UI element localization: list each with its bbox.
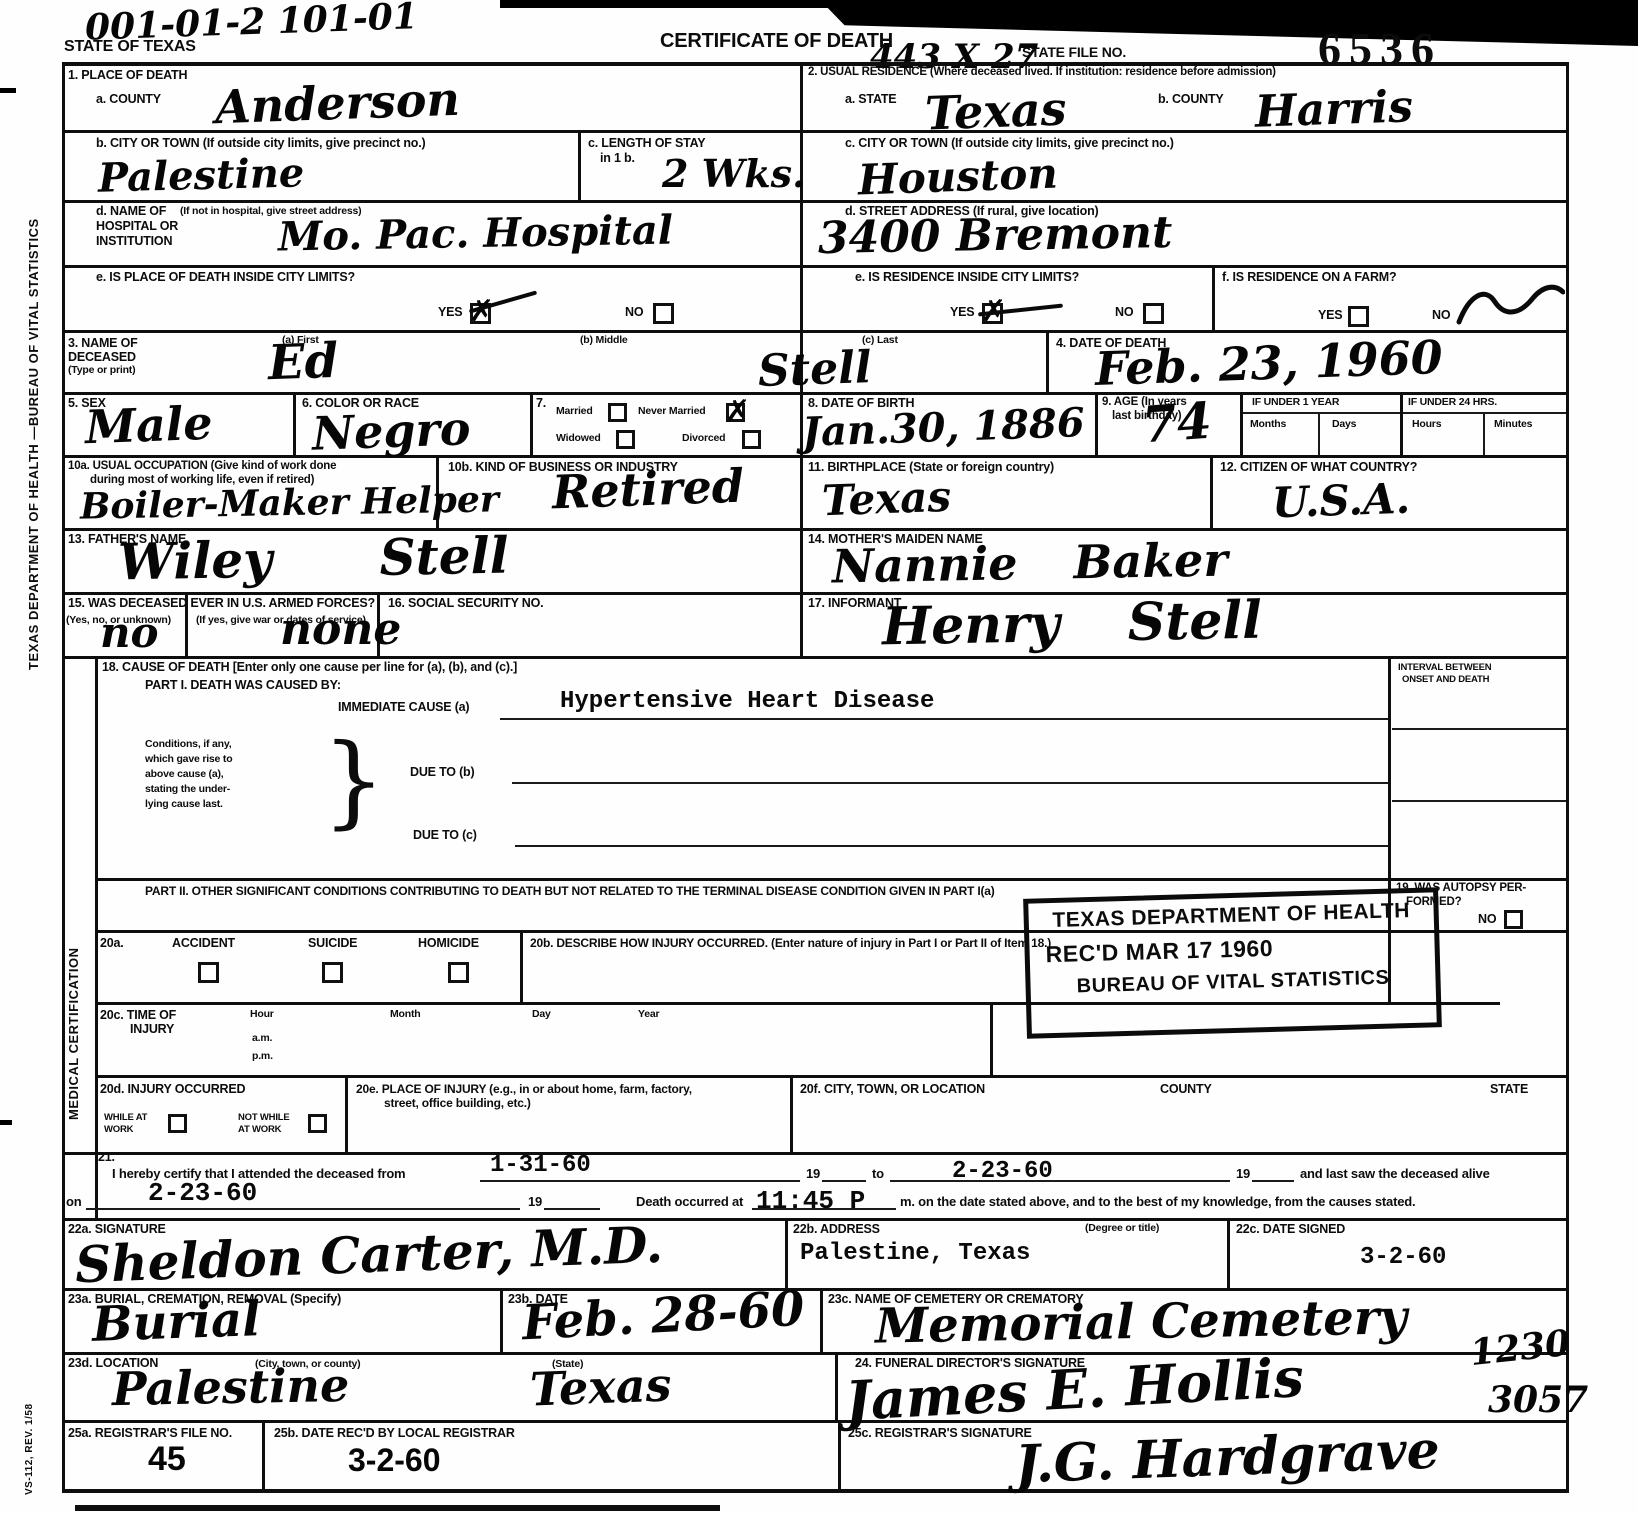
mothers-maiden-name-value: Nannie Baker — [832, 537, 1228, 590]
line — [1212, 265, 1215, 330]
sidebar-form-code: VS-112, REV. 1/58 — [24, 1380, 40, 1495]
married-label: Married — [556, 405, 593, 417]
minutes-label: Minutes — [1494, 418, 1532, 430]
city-value: Palestine — [98, 153, 305, 198]
line — [520, 930, 523, 1002]
line — [95, 656, 98, 1218]
immediate-cause-value: Hypertensive Heart Disease — [560, 688, 934, 715]
conditions-note-1: Conditions, if any, — [145, 738, 231, 750]
line — [544, 1208, 600, 1210]
occupation-value: Boiler-Maker Helper — [80, 481, 499, 524]
usual-residence-heading: 2. USUAL RESIDENCE (Where deceased lived… — [808, 66, 1276, 78]
marital-item: 7. — [536, 396, 546, 410]
registrar-signature-label: 25c. REGISTRAR'S SIGNATURE — [848, 1426, 1032, 1440]
middle-name-label: (b) Middle — [580, 334, 628, 346]
residence-city-value: Houston — [857, 153, 1058, 202]
while-at-work-label2: WORK — [104, 1124, 133, 1135]
accident-checkbox[interactable] — [198, 962, 219, 983]
never-married-label: Never Married — [638, 405, 705, 417]
not-while-at-work-label: NOT WHILE — [238, 1112, 290, 1123]
burial-value: Burial — [91, 1295, 261, 1349]
funeral-director-number2: 3057 — [1488, 1382, 1588, 1418]
business-value: Retired — [551, 463, 744, 516]
date-of-birth-value: Jan.30, 1886 — [801, 403, 1085, 453]
date-signed-value: 3-2-60 — [1360, 1244, 1446, 1271]
not-while-at-work-checkbox[interactable] — [308, 1114, 327, 1133]
stamp-line2: REC'D MAR 17 1960 — [1029, 930, 1435, 968]
line — [1392, 800, 1566, 802]
scan-smudge — [0, 88, 16, 93]
date-recd-value: 3-2-60 — [348, 1444, 441, 1476]
month-label: Month — [390, 1008, 421, 1020]
line — [1240, 392, 1243, 455]
brace: } — [322, 722, 386, 839]
date-of-death-value: Feb. 23, 1960 — [1094, 334, 1443, 392]
while-at-work-label: WHILE AT — [104, 1112, 147, 1123]
stamp-line3: BUREAU OF VITAL STATISTICS — [1030, 965, 1435, 999]
line — [890, 1180, 1230, 1182]
line — [1318, 412, 1320, 455]
on-word: on — [66, 1194, 81, 1209]
autopsy-no-label: NO — [1478, 912, 1496, 926]
line — [62, 1152, 1566, 1155]
time-of-death-value: 11:45 P — [756, 1186, 865, 1216]
describe-injury-label: 20b. DESCRIBE HOW INJURY OCCURRED. (Ente… — [530, 936, 1051, 950]
pm-label: p.m. — [252, 1050, 273, 1062]
conditions-note-4: stating the under- — [145, 783, 230, 795]
line — [1210, 455, 1213, 528]
citizen-label: 12. CITIZEN OF WHAT COUNTRY? — [1220, 460, 1417, 474]
yes-label: YES — [1318, 308, 1342, 322]
state-file-no-label: STATE FILE NO. — [1022, 44, 1126, 60]
item-20a: 20a. — [100, 936, 124, 950]
line — [62, 1218, 1566, 1221]
year-19-label: 19 — [528, 1194, 542, 1209]
year-19-label: 19 — [806, 1166, 820, 1181]
date-recd-label: 25b. DATE REC'D BY LOCAL REGISTRAR — [274, 1426, 515, 1440]
time-of-injury-label2: INJURY — [130, 1022, 174, 1036]
citizen-value: U.S.A. — [1271, 478, 1410, 525]
line — [1227, 1218, 1230, 1288]
residence-county-label: b. COUNTY — [1158, 92, 1224, 106]
conditions-note-5: lying cause last. — [145, 798, 223, 810]
months-label: Months — [1250, 418, 1286, 430]
length-of-stay-value: 2 Wks. — [662, 155, 805, 193]
burial-date-value: Feb. 28-60 — [521, 1285, 806, 1348]
death-occurred-at-label: Death occurred at — [636, 1194, 743, 1209]
line — [1566, 62, 1569, 1493]
conditions-note-2: which gave rise to — [145, 753, 232, 765]
residence-farm-label: f. IS RESIDENCE ON A FARM? — [1222, 270, 1396, 284]
line — [500, 1288, 503, 1352]
line — [262, 1420, 265, 1489]
divorced-checkbox[interactable] — [742, 430, 761, 449]
line — [1400, 392, 1403, 455]
registrar-signature-value: J.G. Hardgrave — [1014, 1425, 1440, 1492]
line — [515, 845, 1388, 847]
conditions-note-3: above cause (a), — [145, 768, 224, 780]
not-while-at-work-label2: AT WORK — [238, 1124, 281, 1135]
name-of-deceased-label2: DECEASED — [68, 350, 136, 364]
state-of-texas: STATE OF TEXAS — [64, 38, 196, 56]
due-to-b-label: DUE TO (b) — [410, 765, 474, 779]
year-label: Year — [638, 1008, 659, 1020]
injury-occurred-label: 20d. INJURY OCCURRED — [100, 1082, 245, 1096]
injury-county-label: COUNTY — [1160, 1082, 1212, 1096]
stamp-line1: TEXAS DEPARTMENT OF HEALTH — [1028, 898, 1434, 933]
line — [62, 265, 1566, 268]
last-seen-date: 2-23-60 — [148, 1178, 257, 1208]
if-under-24-hrs-label: IF UNDER 24 HRS. — [1408, 396, 1497, 408]
state-file-no: 6536 — [1318, 22, 1442, 75]
line — [1046, 330, 1049, 392]
address-label: 22b. ADDRESS — [793, 1222, 880, 1236]
street-address-value: 3400 Bremont — [818, 211, 1173, 261]
line — [835, 1352, 838, 1420]
line — [62, 592, 1566, 595]
line — [785, 1218, 788, 1288]
line — [530, 392, 533, 455]
line — [62, 62, 65, 1493]
yes-label: YES — [950, 305, 974, 319]
line — [1240, 412, 1566, 414]
part2-label: PART II. OTHER SIGNIFICANT CONDITIONS CO… — [145, 884, 995, 898]
name-of-deceased-label: 3. NAME OF — [68, 336, 138, 350]
length-of-stay-label: c. LENGTH OF STAY — [588, 136, 705, 150]
line — [500, 718, 1388, 720]
age-value: 74 — [1140, 396, 1213, 451]
suicide-checkbox[interactable] — [322, 962, 343, 983]
time-of-injury-label: 20c. TIME OF — [100, 1008, 176, 1022]
immediate-cause-label: IMMEDIATE CAUSE (a) — [338, 700, 469, 714]
name-of-deceased-label3: (Type or print) — [68, 364, 135, 376]
yes-label: YES — [438, 305, 462, 319]
hour-label: Hour — [250, 1008, 274, 1020]
registrar-file-no-label: 25a. REGISTRAR'S FILE NO. — [68, 1426, 232, 1440]
first-name-value: Ed — [267, 337, 339, 387]
certificate-title: CERTIFICATE OF DEATH — [660, 30, 893, 53]
widowed-label: Widowed — [556, 432, 601, 444]
injury-city-label: 20f. CITY, TOWN, OR LOCATION — [800, 1082, 985, 1096]
line — [95, 1075, 1566, 1078]
item-21: 21. — [98, 1150, 115, 1164]
line — [790, 1075, 793, 1152]
date-signed-label: 22c. DATE SIGNED — [1236, 1222, 1345, 1236]
pen-mark — [1455, 278, 1565, 328]
death-city-limits-label: e. IS PLACE OF DEATH INSIDE CITY LIMITS? — [96, 270, 355, 284]
occupation-label: 10a. USUAL OCCUPATION (Give kind of work… — [68, 460, 336, 472]
place-of-injury-label: 20e. PLACE OF INJURY (e.g., in or about … — [356, 1082, 692, 1096]
certify-text-2: and last saw the deceased alive — [1300, 1166, 1490, 1181]
yes-checkbox[interactable] — [1348, 306, 1369, 327]
while-at-work-checkbox[interactable] — [168, 1114, 187, 1133]
homicide-checkbox[interactable] — [448, 962, 469, 983]
line — [1095, 392, 1098, 455]
ssn-label: 16. SOCIAL SECURITY NO. — [388, 596, 543, 610]
divorced-label: Divorced — [682, 432, 725, 444]
residence-county-value: Harris — [1254, 85, 1413, 134]
cause-of-death-heading: 18. CAUSE OF DEATH [Enter only one cause… — [102, 660, 517, 674]
residence-state-value: Texas — [924, 86, 1067, 137]
hospital-label2: HOSPITAL OR — [96, 219, 178, 233]
residence-city-limits-label: e. IS RESIDENCE INSIDE CITY LIMITS? — [855, 270, 1079, 284]
fathers-name-value: Wiley Stell — [118, 531, 509, 588]
am-label: a.m. — [252, 1032, 272, 1044]
injury-state-label: STATE — [1490, 1082, 1528, 1096]
line — [86, 1208, 520, 1210]
attended-to-date: 2-23-60 — [952, 1158, 1053, 1185]
year-19-label: 19 — [1236, 1166, 1250, 1181]
interval-label2: ONSET AND DEATH — [1402, 674, 1489, 685]
hours-label: Hours — [1412, 418, 1441, 430]
attended-from-date: 1-31-60 — [490, 1152, 591, 1179]
line — [62, 200, 1566, 203]
certify-text-3: m. on the date stated above, and to the … — [900, 1194, 1415, 1209]
part1-label: PART I. DEATH WAS CAUSED BY: — [145, 678, 341, 692]
day-label: Day — [532, 1008, 551, 1020]
county-value: Anderson — [214, 76, 460, 131]
county-label: a. COUNTY — [96, 92, 161, 106]
degree-or-title-label: (Degree or title) — [1085, 1222, 1159, 1234]
due-to-c-label: DUE TO (c) — [413, 828, 477, 842]
registrar-file-no-value: 45 — [148, 1442, 186, 1476]
hospital-label3: INSTITUTION — [96, 234, 172, 248]
line — [822, 1180, 866, 1182]
hospital-label: d. NAME OF — [96, 204, 166, 218]
color-or-race-value: Negro — [311, 405, 471, 457]
residence-state-label: a. STATE — [845, 92, 896, 106]
burial-state-value: Texas — [529, 1362, 672, 1413]
length-of-stay-label2: in 1 b. — [600, 151, 635, 165]
sidebar-medical-certification: MEDICAL CERTIFICATION — [66, 800, 90, 1120]
line — [820, 1288, 823, 1352]
no-label: NO — [625, 305, 643, 319]
scan-smudge — [0, 1120, 12, 1125]
scan-smudge — [500, 0, 830, 8]
homicide-label: HOMICIDE — [418, 936, 479, 950]
hospital-value: Mo. Pac. Hospital — [278, 211, 674, 258]
line — [480, 1180, 800, 1182]
line — [1483, 412, 1485, 455]
informant-value: Henry Stell — [882, 595, 1263, 654]
line — [578, 130, 581, 200]
autopsy-no-checkbox[interactable] — [1504, 910, 1523, 929]
if-under-1-year-label: IF UNDER 1 YEAR — [1252, 396, 1339, 408]
widowed-checkbox[interactable] — [616, 430, 635, 449]
line — [62, 1352, 1566, 1355]
line — [838, 1420, 841, 1489]
line — [512, 782, 1388, 784]
cemetery-value: Memorial Cemetery — [875, 1293, 1408, 1350]
birthplace-value: Texas — [821, 476, 951, 522]
no-label: NO — [1432, 308, 1450, 322]
line — [75, 1505, 720, 1511]
burial-city-value: Palestine — [112, 1362, 350, 1412]
suicide-label: SUICIDE — [308, 936, 357, 950]
line — [990, 1002, 993, 1075]
armed-forces-value1: no — [100, 612, 159, 654]
no-checkbox[interactable] — [653, 303, 674, 324]
last-name-value: Stell — [757, 346, 872, 394]
city-or-town-label: b. CITY OR TOWN (If outside city limits,… — [96, 136, 425, 150]
married-checkbox[interactable] — [608, 403, 627, 422]
place-of-death-heading: 1. PLACE OF DEATH — [68, 68, 187, 82]
death-certificate: 001-01-2 101-01 443 X 27 STATE OF TEXAS … — [0, 0, 1638, 1514]
line — [62, 1489, 1566, 1493]
no-checkbox[interactable] — [1143, 303, 1164, 324]
place-of-injury-label2: street, office building, etc.) — [384, 1096, 531, 1110]
funeral-director-number1: 1230 — [1468, 1325, 1571, 1371]
sex-value: Male — [84, 400, 213, 450]
sidebar-agency: TEXAS DEPARTMENT OF HEALTH —BUREAU OF VI… — [26, 70, 48, 670]
residence-city-label: c. CITY OR TOWN (If outside city limits,… — [845, 136, 1174, 150]
to-word: to — [872, 1166, 884, 1181]
received-stamp: TEXAS DEPARTMENT OF HEALTH REC'D MAR 17 … — [1023, 887, 1442, 1039]
line — [95, 878, 1566, 881]
days-label: Days — [1332, 418, 1356, 430]
line — [1392, 728, 1566, 730]
address-value: Palestine, Texas — [800, 1240, 1030, 1267]
line — [1252, 1180, 1294, 1182]
interval-label: INTERVAL BETWEEN — [1398, 662, 1491, 673]
accident-label: ACCIDENT — [172, 936, 235, 950]
never-married-checkbox[interactable] — [726, 403, 745, 422]
armed-forces-value2: none — [280, 608, 401, 652]
no-label: NO — [1115, 305, 1133, 319]
line — [345, 1075, 348, 1152]
line — [293, 392, 296, 455]
line — [62, 656, 1566, 659]
